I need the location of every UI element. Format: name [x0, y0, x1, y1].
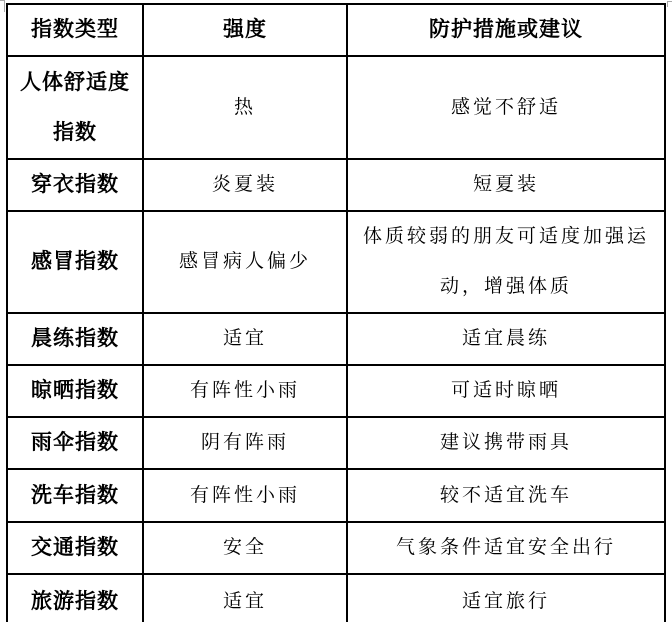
cell-index-type: 交通指数 — [7, 522, 143, 574]
cell-strength: 有阵性小雨 — [143, 365, 347, 417]
page-corner-artifact-right — [667, 1, 672, 7]
cell-strength: 热 — [143, 56, 347, 159]
cell-index-type: 人体舒适度 指数 — [7, 56, 143, 159]
table-row: 感冒指数 感冒病人偏少 体质较弱的朋友可适度加强运 动，增强体质 — [7, 211, 665, 313]
cell-strength: 适宜 — [143, 574, 347, 622]
column-header-index-type: 指数类型 — [7, 4, 143, 56]
cell-advice: 体质较弱的朋友可适度加强运 动，增强体质 — [347, 211, 665, 313]
cell-index-type: 雨伞指数 — [7, 417, 143, 469]
cell-index-type: 穿衣指数 — [7, 159, 143, 211]
cell-strength: 安全 — [143, 522, 347, 574]
cell-advice: 气象条件适宜安全出行 — [347, 522, 665, 574]
cell-index-type: 洗车指数 — [7, 469, 143, 522]
cell-strength: 适宜 — [143, 313, 347, 365]
document-page: 指数类型 强度 防护措施或建议 人体舒适度 指数 热 感觉不舒适 穿衣指数 炎夏… — [6, 3, 666, 622]
table-row: 人体舒适度 指数 热 感觉不舒适 — [7, 56, 665, 159]
cell-strength: 炎夏装 — [143, 159, 347, 211]
column-header-advice: 防护措施或建议 — [347, 4, 665, 56]
table-row: 雨伞指数 阴有阵雨 建议携带雨具 — [7, 417, 665, 469]
column-header-strength: 强度 — [143, 4, 347, 56]
cell-advice: 建议携带雨具 — [347, 417, 665, 469]
cell-strength: 有阵性小雨 — [143, 469, 347, 522]
cell-strength: 感冒病人偏少 — [143, 211, 347, 313]
cell-strength: 阴有阵雨 — [143, 417, 347, 469]
page-corner-artifact-left — [0, 0, 5, 12]
cell-advice: 短夏装 — [347, 159, 665, 211]
table-header-row: 指数类型 强度 防护措施或建议 — [7, 4, 665, 56]
weather-index-table: 指数类型 强度 防护措施或建议 人体舒适度 指数 热 感觉不舒适 穿衣指数 炎夏… — [6, 3, 666, 622]
cell-index-type: 感冒指数 — [7, 211, 143, 313]
cell-advice: 较不适宜洗车 — [347, 469, 665, 522]
table-row: 交通指数 安全 气象条件适宜安全出行 — [7, 522, 665, 574]
table-row: 旅游指数 适宜 适宜旅行 — [7, 574, 665, 622]
cell-advice: 适宜晨练 — [347, 313, 665, 365]
cell-advice: 感觉不舒适 — [347, 56, 665, 159]
table-row: 洗车指数 有阵性小雨 较不适宜洗车 — [7, 469, 665, 522]
cell-advice: 可适时晾晒 — [347, 365, 665, 417]
cell-index-type: 晾晒指数 — [7, 365, 143, 417]
table-row: 穿衣指数 炎夏装 短夏装 — [7, 159, 665, 211]
cell-advice: 适宜旅行 — [347, 574, 665, 622]
cell-index-type: 晨练指数 — [7, 313, 143, 365]
table-row: 晨练指数 适宜 适宜晨练 — [7, 313, 665, 365]
table-row: 晾晒指数 有阵性小雨 可适时晾晒 — [7, 365, 665, 417]
cell-index-type: 旅游指数 — [7, 574, 143, 622]
